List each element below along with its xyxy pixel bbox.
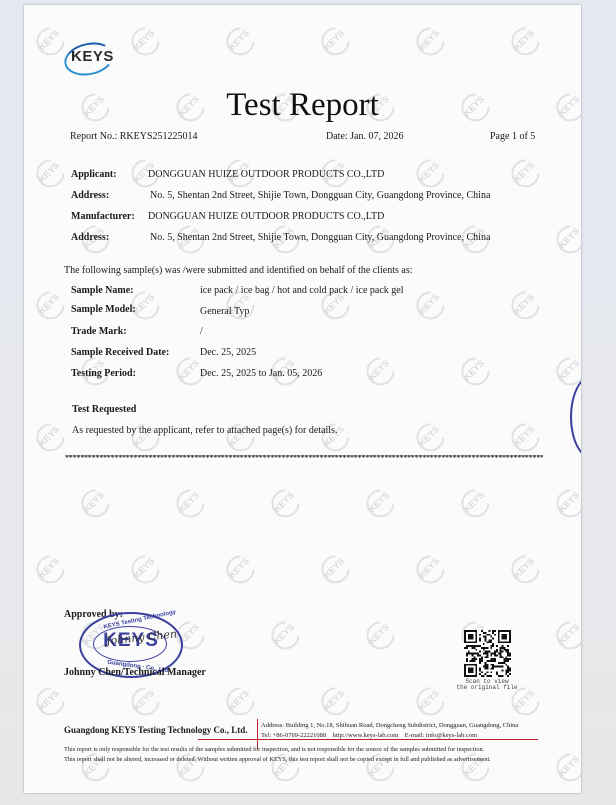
footer-contact: Tel: +86-0769-22221088 http://www.keys-l… — [261, 731, 518, 741]
watermark-icon: KEYS — [313, 415, 355, 457]
watermark-icon: KEYS — [218, 415, 260, 457]
watermark-icon: KEYS — [503, 547, 545, 589]
sample-model-label: Sample Model: — [71, 304, 136, 315]
test-requested-heading: Test Requested — [72, 404, 136, 415]
received-date-label: Sample Received Date: — [71, 347, 169, 358]
watermark-icon: KEYS — [548, 481, 581, 523]
footer-contact-block: Address: Building 1, No.18, Shihuan Road… — [261, 721, 518, 741]
qr-caption-line2: the original file — [449, 685, 525, 691]
sample-intro: The following sample(s) was /were submit… — [64, 265, 413, 276]
testing-period-label: Testing Period: — [71, 368, 136, 379]
watermark-icon: KEYS — [218, 19, 260, 61]
received-date-value: Dec. 25, 2025 — [200, 347, 256, 358]
watermark-icon: KEYS — [123, 679, 165, 721]
page-indicator: Page 1 of 5 — [490, 131, 535, 142]
testing-period-value: Dec. 25, 2025 to Jan. 05, 2026 — [200, 368, 322, 379]
logo-text: KEYS — [71, 48, 114, 65]
qr-caption: Scan to view the original file — [449, 679, 525, 691]
watermark-icon: KEYS — [408, 547, 450, 589]
watermark-icon: KEYS — [313, 547, 355, 589]
keys-logo: KEYS — [64, 41, 116, 73]
manufacturer-value: DONGGUAN HUIZE OUTDOOR PRODUCTS CO.,LTD — [148, 211, 384, 222]
seam-seal-text: KEYS Testing Technology — [579, 385, 581, 426]
watermark-icon: KEYS — [408, 19, 450, 61]
watermark-icon: KEYS — [503, 415, 545, 457]
watermark-icon: KEYS — [28, 283, 70, 325]
sample-name-label: Sample Name: — [71, 285, 134, 296]
sample-name-value: ice pack / ice bag / hot and cold pack /… — [200, 285, 404, 296]
report-number: Report No.: RKEYS251225014 — [70, 131, 198, 142]
manufacturer-address-label: Address: — [71, 232, 109, 243]
trade-mark-value: / — [200, 326, 203, 337]
watermark-icon: KEYS — [123, 19, 165, 61]
separator-line: ****************************************… — [65, 455, 543, 461]
watermark-icon: KEYS — [548, 217, 581, 259]
watermark-icon: KEYS — [218, 679, 260, 721]
watermark-icon: KEYS — [28, 151, 70, 193]
page-title: Test Report — [24, 87, 581, 124]
watermark-icon: KEYS — [168, 481, 210, 523]
watermark-icon: KEYS — [503, 151, 545, 193]
applicant-value: DONGGUAN HUIZE OUTDOOR PRODUCTS CO.,LTD — [148, 169, 384, 180]
watermark-icon: KEYS — [548, 613, 581, 655]
watermark-icon: KEYS — [408, 151, 450, 193]
watermark-icon: KEYS — [358, 613, 400, 655]
seam-seal-stamp: KEYS Testing Technology — [570, 375, 581, 459]
applicant-address-value: No. 5, Shentan 2nd Street, Shijie Town, … — [150, 190, 490, 201]
watermark-icon: KEYS — [28, 415, 70, 457]
watermark-icon: KEYS — [548, 745, 581, 787]
watermark-icon: KEYS — [28, 679, 70, 721]
watermark-icon: KEYS — [453, 349, 495, 391]
watermark-icon: KEYS — [123, 547, 165, 589]
watermark-icon: KEYS — [408, 283, 450, 325]
test-requested-text: As requested by the applicant, refer to … — [72, 425, 337, 436]
watermark-icon: KEYS — [73, 481, 115, 523]
watermark-icon: KEYS — [28, 547, 70, 589]
watermark-icon: KEYS — [263, 613, 305, 655]
sample-model-value: General Typ — [200, 306, 249, 317]
watermark-icon: KEYS — [453, 481, 495, 523]
manufacturer-address-value: No. 5, Shentan 2nd Street, Shijie Town, … — [150, 232, 490, 243]
watermark-icon: KEYS — [503, 283, 545, 325]
signer-name: Johnny Chen/Technical Manager — [64, 667, 206, 678]
watermark-icon: KEYS — [358, 349, 400, 391]
trade-mark-label: Trade Mark: — [71, 326, 127, 337]
disclaimer-line-1: This report is only responsible for the … — [64, 745, 491, 755]
watermark-icon: KEYS — [263, 481, 305, 523]
applicant-address-label: Address: — [71, 190, 109, 201]
watermark-icon: KEYS — [123, 415, 165, 457]
watermark-icon: KEYS — [503, 19, 545, 61]
applicant-label: Applicant: — [71, 169, 117, 180]
watermark-icon: KEYS — [313, 679, 355, 721]
disclaimer-line-2: This report shall not be altered, increa… — [64, 755, 491, 765]
watermark-icon: KEYS — [358, 481, 400, 523]
watermark-icon: KEYS — [548, 349, 581, 391]
watermark-icon: KEYS — [408, 415, 450, 457]
watermark-icon: KEYS — [408, 679, 450, 721]
report-date: Date: Jan. 07, 2026 — [326, 131, 404, 142]
footer-address: Address: Building 1, No.18, Shihuan Road… — [261, 721, 518, 731]
report-page: KEYSKEYSKEYSKEYSKEYSKEYSKEYSKEYSKEYSKEYS… — [24, 5, 581, 793]
footer-disclaimer: This report is only responsible for the … — [64, 745, 491, 765]
manufacturer-label: Manufacturer: — [71, 211, 135, 222]
footer-company: Guangdong KEYS Testing Technology Co., L… — [64, 725, 248, 735]
watermark-icon: KEYS — [218, 547, 260, 589]
qr-code-icon[interactable] — [464, 630, 511, 677]
watermark-icon: KEYS — [313, 19, 355, 61]
